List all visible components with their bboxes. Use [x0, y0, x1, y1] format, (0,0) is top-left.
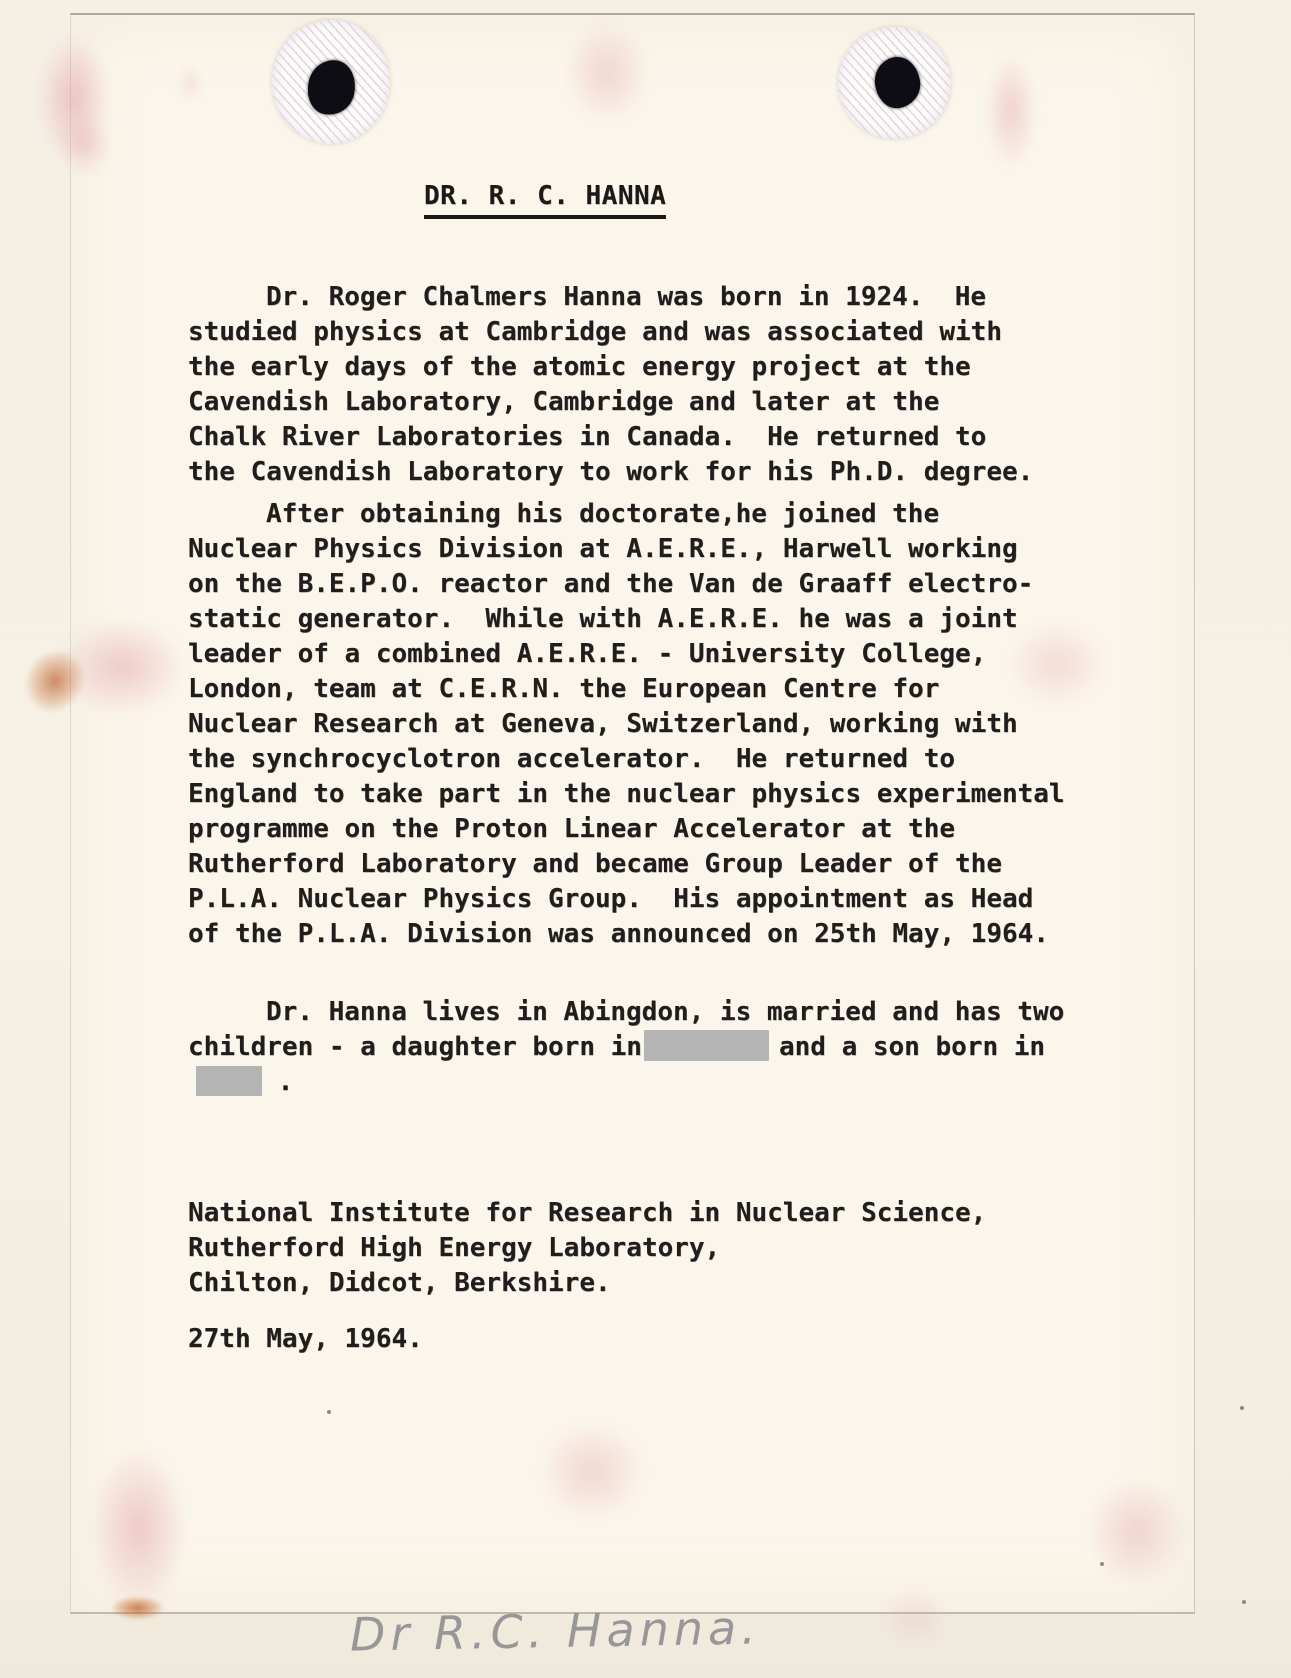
text-line: London, team at C.E.R.N. the European Ce…: [188, 672, 1065, 707]
text-line: the early days of the atomic energy proj…: [188, 350, 1033, 385]
text-line: Dr. Hanna lives in Abingdon, is married …: [188, 995, 1064, 1030]
text-line: P.L.A. Nuclear Physics Group. His appoin…: [188, 882, 1065, 917]
text-line: of the P.L.A. Division was announced on …: [188, 917, 1065, 952]
handwritten-name: Dr R.C. Hanna.: [350, 1600, 762, 1661]
text-line: Nuclear Research at Geneva, Switzerland,…: [188, 707, 1065, 742]
paragraph-2: After obtaining his doctorate,he joined …: [188, 497, 1065, 952]
text-line: Dr. Roger Chalmers Hanna was born in 192…: [188, 280, 1033, 315]
address-line: Rutherford High Energy Laboratory,: [188, 1231, 986, 1266]
text-line: the Cavendish Laboratory to work for his…: [188, 455, 1033, 490]
text-line: programme on the Proton Linear Accelerat…: [188, 812, 1065, 847]
paragraph-3: Dr. Hanna lives in Abingdon, is married …: [188, 995, 1064, 1100]
stain: [1086, 1476, 1186, 1588]
dust-speck: [1240, 1406, 1244, 1410]
stain: [538, 1420, 646, 1522]
text-line-with-redaction: children - a daughter born inand a son b…: [188, 1030, 1064, 1065]
hole-punch-ring-right: [838, 27, 951, 139]
text-line: studied physics at Cambridge and was ass…: [188, 315, 1033, 350]
stain: [58, 115, 113, 175]
text-line: Rutherford Laboratory and became Group L…: [188, 847, 1065, 882]
stain-orange: [110, 1596, 165, 1620]
dust-speck: [1100, 1562, 1104, 1566]
stain: [90, 1446, 188, 1611]
hole-punch-hole-right: [872, 55, 922, 110]
text-line: Nuclear Physics Division at A.E.R.E., Ha…: [188, 532, 1065, 567]
hole-punch-hole-left: [303, 56, 360, 120]
document-date: 27th May, 1964.: [188, 1322, 423, 1357]
address-line: National Institute for Research in Nucle…: [188, 1196, 986, 1231]
text-line: England to take part in the nuclear phys…: [188, 777, 1065, 812]
address-block: National Institute for Research in Nucle…: [188, 1196, 986, 1301]
text-line: static generator. While with A.E.R.E. he…: [188, 602, 1065, 637]
redaction-box: [644, 1030, 769, 1061]
stain: [178, 64, 202, 102]
scanned-document: DR. R. C. HANNA Dr. Roger Chalmers Hanna…: [0, 0, 1291, 1678]
dust-speck: [1242, 1600, 1246, 1604]
text-line: Cavendish Laboratory, Cambridge and late…: [188, 385, 1033, 420]
text-segment: .: [262, 1067, 293, 1097]
text-line: the synchrocyclotron accelerator. He ret…: [188, 742, 1065, 777]
stain: [985, 52, 1037, 170]
paragraph-1: Dr. Roger Chalmers Hanna was born in 192…: [188, 280, 1033, 490]
text-line: After obtaining his doctorate,he joined …: [188, 497, 1065, 532]
text-line: leader of a combined A.E.R.E. - Universi…: [188, 637, 1065, 672]
stain: [563, 22, 651, 124]
text-line: on the B.E.P.O. reactor and the Van de G…: [188, 567, 1065, 602]
document-title: DR. R. C. HANNA: [424, 181, 666, 219]
text-segment: and a son born in: [779, 1032, 1045, 1062]
text-line: Chalk River Laboratories in Canada. He r…: [188, 420, 1033, 455]
stain: [880, 1588, 950, 1648]
text-line-with-redaction: .: [188, 1065, 1064, 1100]
dust-speck: [327, 1410, 331, 1414]
text-segment: children - a daughter born in: [188, 1032, 642, 1062]
redaction-box: [196, 1066, 262, 1096]
address-line: Chilton, Didcot, Berkshire.: [188, 1266, 986, 1301]
hole-punch-ring-left: [272, 20, 390, 144]
